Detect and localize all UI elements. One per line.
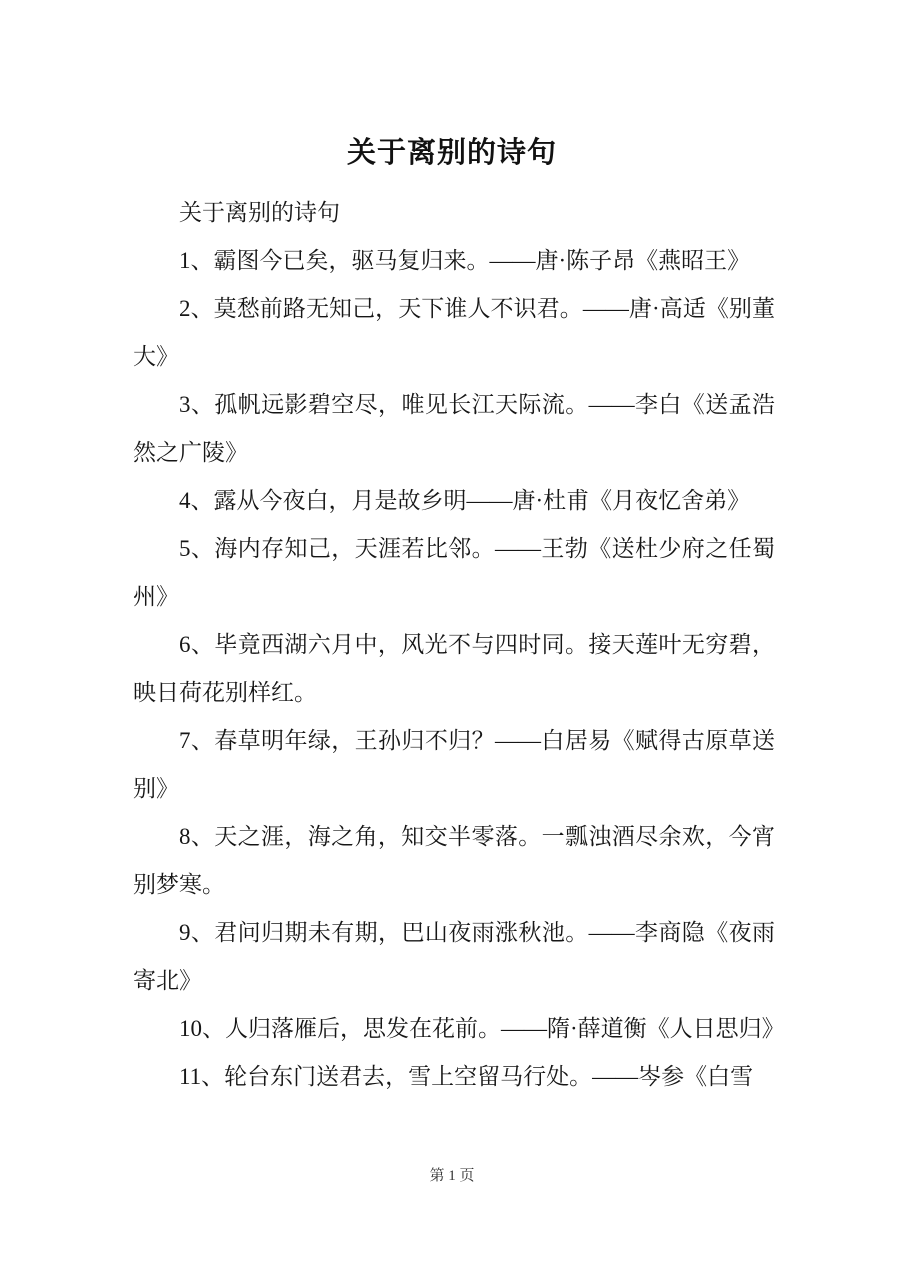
paragraph-item-11: 11、轮台东门送君去，雪上空留马行处。——岑参《白雪	[133, 1053, 775, 1101]
paragraph-item-7: 7、春草明年绿，王孙归不归？——白居易《赋得古原草送别》	[133, 717, 775, 813]
page-number-label: 第 1 页	[429, 1168, 474, 1184]
paragraph-item-1: 1、霸图今已矣，驱马复归来。——唐·陈子昂《燕昭王》	[133, 237, 775, 285]
paragraph-item-3: 3、孤帆远影碧空尽，唯见长江天际流。——李白《送孟浩然之广陵》	[133, 381, 775, 477]
paragraph-item-8: 8、天之涯，海之角，知交半零落。一瓢浊酒尽余欢，今宵别梦寒。	[133, 813, 775, 909]
paragraph-item-5: 5、海内存知己，天涯若比邻。——王勃《送杜少府之任蜀州》	[133, 525, 775, 621]
paragraph-item-6: 6、毕竟西湖六月中，风光不与四时同。接天莲叶无穷碧，映日荷花别样红。	[133, 621, 775, 717]
document-page: 关于离别的诗句 关于离别的诗句 1、霸图今已矣，驱马复归来。——唐·陈子昂《燕昭…	[0, 0, 904, 1280]
paragraph-item-2: 2、莫愁前路无知己，天下谁人不识君。——唐·高适《别董大》	[133, 285, 775, 381]
paragraph-item-4: 4、露从今夜白，月是故乡明——唐·杜甫《月夜忆舍弟》	[133, 477, 775, 525]
paragraph-intro: 关于离别的诗句	[133, 189, 775, 237]
paragraph-item-9: 9、君问归期未有期，巴山夜雨涨秋池。——李商隐《夜雨寄北》	[133, 909, 775, 1005]
document-title: 关于离别的诗句	[0, 136, 904, 170]
page-footer: 第 1 页	[0, 1166, 904, 1186]
paragraph-item-10: 10、人归落雁后，思发在花前。——隋·薛道衡《人日思归》	[133, 1005, 775, 1053]
document-body: 关于离别的诗句 1、霸图今已矣，驱马复归来。——唐·陈子昂《燕昭王》 2、莫愁前…	[133, 189, 775, 1101]
